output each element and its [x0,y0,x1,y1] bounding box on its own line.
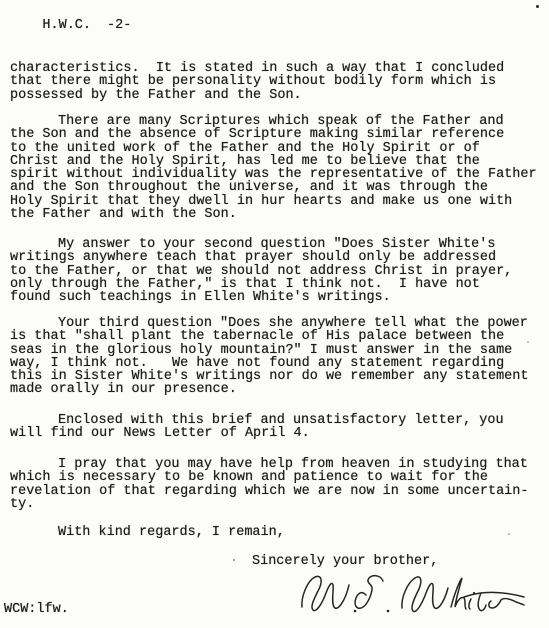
paragraph: Enclosed with this brief and unsatisfact… [10,414,504,441]
closing-line: With kind regards, I remain, [10,526,285,539]
recipient-initials: H.W.C. [42,18,91,33]
page-number: -2- [107,18,131,33]
letter-page: H.W.C.-2- characteristics. It is stated … [0,0,549,628]
paragraph: My answer to your second question "Does … [10,238,512,304]
typist-initials: WCW:lfw. [4,603,69,616]
ink-speck [233,559,235,561]
paragraph-continuation: characteristics. It is stated in such a … [10,62,504,102]
handwritten-signature [298,566,526,622]
ink-speck [508,533,510,535]
paragraph: I pray that you may have help from heave… [10,458,528,511]
paragraph: There are many Scriptures which speak of… [10,115,537,221]
ink-speck [536,5,539,8]
paragraph: Your third question "Does she anywhere t… [10,317,528,397]
page-header: H.W.C.-2- [10,6,131,46]
